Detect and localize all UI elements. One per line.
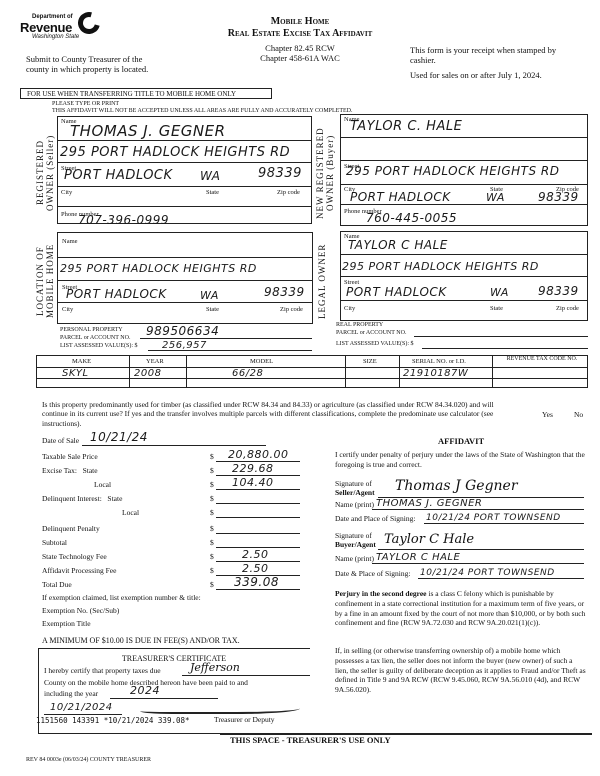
buyer-section-label-2: OWNER (Buyer)	[325, 135, 335, 211]
excise-tax-state-field[interactable]: 229.68	[232, 462, 274, 475]
tax-row-label: Delinquent Penalty	[42, 525, 100, 534]
location-zip-label: Zip code	[280, 306, 303, 313]
currency-sign: $	[210, 481, 214, 490]
date-of-sale-label: Date of Sale	[42, 437, 79, 446]
treasurer-stamp: 1151560 143391 *10/21/2024 339.08*	[36, 716, 190, 725]
seller-section-label-1: REGISTERED	[35, 141, 45, 206]
affidavit-title: AFFIDAVIT	[438, 436, 484, 446]
current-use-yes[interactable]: Yes	[542, 410, 553, 419]
perjury-notice-bold: Perjury in the second degree	[335, 589, 427, 598]
tax-row-excise-local: Local $ 104.40	[42, 479, 302, 493]
seller-section-label-2: OWNER (Seller)	[45, 135, 55, 211]
real-assessed-label: LIST ASSESSED VALUE(S): $	[336, 341, 414, 347]
seller-city-label: City	[61, 189, 72, 196]
exemption-note: If exemption claimed, list exemption num…	[42, 594, 201, 603]
title-line-1: Mobile Home	[170, 16, 430, 27]
dor-logo: Department of Revenue Washington State	[20, 12, 110, 44]
buyer-section-label: NEW REGISTERED OWNER (Buyer)	[316, 118, 336, 228]
location-state-label: State	[206, 306, 219, 313]
please-type-note: PLEASE TYPE OR PRINT	[52, 101, 119, 107]
make-field[interactable]: SKYL	[62, 368, 89, 379]
serial-field[interactable]: 21910187W	[403, 368, 468, 379]
excise-tax-local-field[interactable]: 104.40	[232, 476, 274, 489]
seller-state-field[interactable]: WA	[200, 169, 220, 183]
use-banner: FOR USE WHEN TRANSFERRING TITLE TO MOBIL…	[20, 88, 272, 99]
personal-property-label-1: PERSONAL PROPERTY	[60, 327, 130, 335]
affidavit-processing-fee-field[interactable]: 2.50	[242, 562, 269, 575]
tax-row-delinquent-interest-state: Delinquent Interest: State $	[42, 493, 302, 507]
seller-name-print-label: Name (print)	[335, 501, 374, 510]
seller-name-print-field[interactable]: THOMAS J. GEGNER	[376, 498, 482, 509]
tax-lien-notice: If, in selling (or otherwise transferrin…	[335, 646, 587, 695]
personal-assessed-label: LIST ASSESSED VALUE(S): $	[60, 343, 138, 349]
form-id: REV 84 0003e (06/03/24) COUNTY TREASURER	[26, 757, 151, 763]
tax-row-delinquent-penalty: Delinquent Penalty $	[42, 523, 302, 537]
total-due-field[interactable]: 339.08	[234, 575, 279, 589]
buyer-date-place-label: Date & Place of Signing:	[335, 570, 410, 579]
buyer-zip-field[interactable]: 98339	[538, 190, 579, 204]
seller-date-place-field[interactable]: 10/21/24 Port Townsend	[426, 513, 561, 523]
treasurer-year-field[interactable]: 2024	[130, 684, 160, 697]
tax-row-label: Delinquent Interest: State	[42, 495, 122, 504]
personal-property-label: PERSONAL PROPERTY PARCEL or ACCOUNT NO.	[60, 327, 130, 342]
currency-sign: $	[210, 525, 214, 534]
location-zip-field[interactable]: 98339	[264, 285, 305, 299]
buyer-street-field[interactable]: 295 Port Hadlock Heights Rd	[346, 164, 560, 178]
tax-row-label: State Technology Fee	[42, 553, 107, 562]
location-section-label-1: LOCATION OF	[35, 246, 45, 316]
real-property-label-2: PARCEL or ACCOUNT NO.	[336, 330, 406, 338]
not-accepted-note: THIS AFFIDAVIT WILL NOT BE ACCEPTED UNLE…	[52, 108, 353, 114]
buyer-section-label-1: NEW REGISTERED	[315, 127, 325, 219]
treasurer-line-3: including the year	[44, 690, 98, 699]
real-property-label: REAL PROPERTY PARCEL or ACCOUNT NO.	[336, 322, 406, 337]
buyer-name-print-field[interactable]: TAYLOR C HALE	[376, 552, 460, 563]
col-serial: SERIAL NO. or I.D.	[412, 359, 466, 366]
location-name-label: Name	[62, 238, 78, 245]
affidavit-certify: I certify under penalty of perjury under…	[335, 450, 585, 470]
seller-phone-field[interactable]: 707-396-0999	[78, 213, 169, 227]
seller-signature-label-1: Signature of	[335, 479, 375, 488]
buyer-name-print-label: Name (print)	[335, 555, 374, 564]
chapter-rcw: Chapter 82.45 RCW	[170, 43, 430, 53]
perjury-notice: Perjury in the second degree is a class …	[335, 589, 587, 628]
col-make: MAKE	[72, 359, 91, 366]
tax-row-label: Total Due	[42, 581, 72, 590]
submit-note: Submit to County Treasurer of the county…	[26, 54, 166, 74]
tax-row-label: Subtotal	[42, 539, 67, 548]
seller-signature-label-2: Seller/Agent	[335, 488, 375, 497]
buyer-date-place-field[interactable]: 10/21/24 Port Townsend	[420, 568, 555, 578]
treasurer-signature-label: Treasurer or Deputy	[212, 716, 275, 725]
col-size: SIZE	[363, 359, 377, 366]
buyer-signature-label-2: Buyer/Agent	[335, 540, 376, 549]
treasurer-date-field[interactable]: 10/21/2024	[50, 702, 113, 713]
location-state-field[interactable]: WA	[200, 289, 219, 302]
tax-row-delinquent-interest-local: Local $	[42, 507, 302, 521]
legal-zip-field[interactable]: 98339	[538, 284, 579, 298]
real-property-label-1: REAL PROPERTY	[336, 322, 406, 330]
legal-owner-section-label: LEGAL OWNER	[318, 236, 328, 326]
seller-state-label: State	[206, 189, 219, 196]
seller-zip-field[interactable]: 98339	[258, 166, 302, 181]
taxable-sale-price-field[interactable]: 20,880.00	[228, 448, 288, 461]
tax-row-label: Local	[94, 481, 111, 490]
minimum-note: A MINIMUM OF $10.00 IS DUE IN FEE(S) AND…	[42, 636, 240, 645]
location-section-label-2: MOBILE HOME	[45, 244, 55, 318]
currency-sign: $	[210, 567, 214, 576]
buyer-signature-label-1: Signature of	[335, 531, 376, 540]
col-year: YEAR	[146, 359, 164, 366]
seller-address-field[interactable]: 295 Port Hadlock Heights Rd	[60, 145, 290, 160]
seller-date-place-label: Date and Place of Signing:	[335, 515, 415, 524]
currency-sign: $	[210, 495, 214, 504]
treasurer-signature-icon	[140, 700, 300, 714]
tax-row-total-due: Total Due $ 339.08	[42, 579, 302, 593]
treasurer-line-1: I hereby certify that property taxes due	[44, 667, 161, 676]
receipt-note: This form is your receipt when stamped b…	[410, 45, 580, 65]
currency-sign: $	[210, 581, 214, 590]
location-section-label: LOCATION OF MOBILE HOME	[36, 236, 56, 326]
treasurer-county-field[interactable]: Jefferson	[190, 661, 240, 674]
treasurer-use-only: THIS SPACE - TREASURER'S USE ONLY	[230, 735, 391, 745]
buyer-phone-field[interactable]: 760-445-0055	[366, 211, 457, 225]
tax-row-label: Local	[122, 509, 139, 518]
tax-row-label: Affidavit Processing Fee	[42, 567, 116, 576]
buyer-signature-field[interactable]: Taylor C Hale	[384, 532, 474, 547]
legal-address-field[interactable]: 295 Port Hadlock Heights Rd	[342, 260, 539, 273]
personal-property-label-2: PARCEL or ACCOUNT NO.	[60, 335, 130, 343]
currency-sign: $	[210, 453, 214, 462]
legal-state-field[interactable]: WA	[490, 286, 509, 299]
title-line-2: Real Estate Excise Tax Affidavit	[170, 28, 430, 39]
location-box	[57, 232, 313, 324]
location-city-field[interactable]: Port Hadlock	[66, 287, 167, 301]
current-use-question: Is this property predominantly used for …	[42, 400, 512, 428]
model-field[interactable]: 66/28	[232, 368, 263, 379]
buyer-signature-label: Signature of Buyer/Agent	[335, 531, 376, 549]
seller-name-field[interactable]: Thomas J. Gegner	[70, 122, 226, 140]
tax-row-label: Excise Tax: State	[42, 467, 98, 476]
buyer-state-field[interactable]: WA	[486, 191, 505, 204]
tax-row-label: Taxable Sale Price	[42, 453, 98, 462]
state-technology-fee-field[interactable]: 2.50	[242, 548, 269, 561]
current-use-no[interactable]: No	[574, 410, 583, 419]
currency-sign: $	[210, 553, 214, 562]
exemption-title-label: Exemption Title	[42, 620, 91, 629]
legal-state-label: State	[490, 305, 503, 312]
used-for-note: Used for sales on or after July 1, 2024.	[410, 70, 580, 80]
seller-signature-label: Signature of Seller/Agent	[335, 479, 375, 497]
legal-city-field[interactable]: Port Hadlock	[346, 285, 447, 299]
logo-revenue-text: Revenue	[20, 20, 72, 35]
treasurer-certificate-title: TREASURER'S CERTIFICATE	[38, 654, 310, 664]
legal-owner-section-label-text: LEGAL OWNER	[317, 243, 327, 318]
currency-sign: $	[210, 539, 214, 548]
exemption-no-label: Exemption No. (Sec/Sub)	[42, 607, 119, 616]
currency-sign: $	[210, 467, 214, 476]
seller-city-field[interactable]: Port Hadlock	[64, 168, 173, 183]
year-field[interactable]: 2008	[134, 368, 161, 379]
location-city-label: City	[62, 306, 73, 313]
personal-parcel-field[interactable]: 989506634	[146, 324, 219, 338]
legal-city-label: City	[344, 305, 355, 312]
seller-section-label: REGISTERED OWNER (Seller)	[36, 118, 56, 228]
legal-zip-label: Zip code	[556, 305, 579, 312]
seller-zip-label: Zip code	[277, 189, 300, 196]
col-model: MODEL	[250, 359, 273, 366]
personal-assessed-field[interactable]: 256,957	[162, 340, 207, 351]
chapter-wac: Chapter 458-61A WAC	[170, 53, 430, 63]
form-title: Mobile Home Real Estate Excise Tax Affid…	[170, 16, 430, 63]
buyer-name-field[interactable]: Taylor C. Hale	[350, 119, 462, 134]
logo-state-text: Washington State	[32, 34, 79, 40]
location-address-field[interactable]: 295 Port Hadlock Heights Rd	[60, 262, 257, 275]
date-of-sale-field[interactable]: 10/21/24	[90, 430, 148, 444]
legal-name-field[interactable]: Taylor C Hale	[348, 238, 448, 252]
col-revenue-code: REVENUE TAX CODE NO.	[500, 356, 584, 363]
seller-signature-field[interactable]: Thomas J Gegner	[395, 478, 518, 494]
currency-sign: $	[210, 509, 214, 518]
buyer-city-field[interactable]: Port Hadlock	[350, 190, 451, 204]
